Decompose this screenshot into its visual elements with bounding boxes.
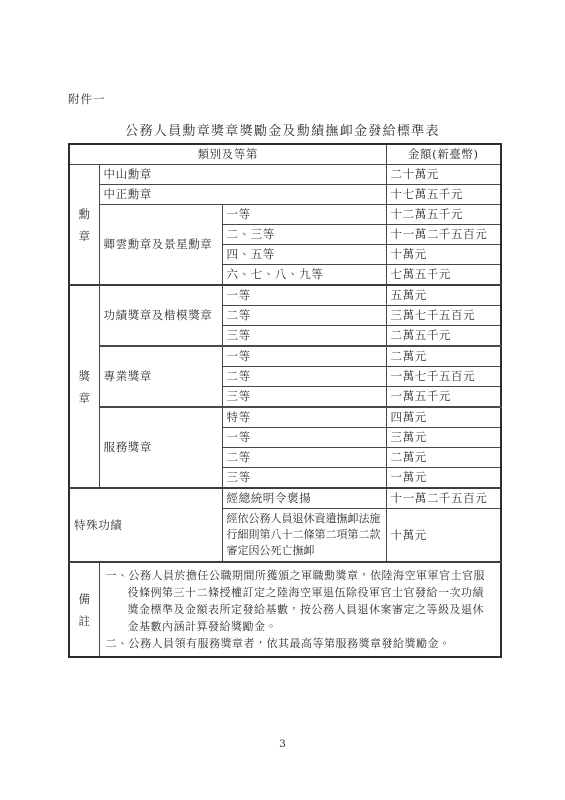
attachment-label: 附件一 [68, 91, 106, 107]
amount-cell: 十萬元 [386, 245, 501, 265]
table-row: 勳章 中山勳章 二十萬元 [69, 165, 501, 185]
notes-label: 備註 [78, 588, 91, 632]
section-label-cell: 獎章 [69, 285, 99, 488]
amount-cell: 一萬元 [386, 468, 501, 489]
grade-cell: 一等 [222, 205, 386, 225]
document-title: 公務人員勳章獎章獎勵金及勳績撫卹金發給標準表 [0, 120, 565, 139]
header-category-cell: 類別及等第 [69, 144, 386, 165]
table-row: 中正勳章 十七萬五千元 [69, 185, 501, 205]
note-item-1: 一、公務人員於擔任公職期間所獲頒之軍職勳獎章，依陸海空軍軍官士官服役條例第三十二… [106, 567, 495, 635]
amount-cell: 三萬七千五百元 [386, 306, 501, 326]
table-row: 專業獎章 一等 二萬元 [69, 346, 501, 367]
table-row: 備註 一、公務人員於擔任公職期間所獲頒之軍職勳獎章，依陸海空軍軍官士官服役條例第… [69, 562, 501, 657]
amount-cell: 一萬五千元 [386, 387, 501, 408]
grade-cell: 三等 [222, 326, 386, 347]
table-row: 卿雲勳章及景星勳章 一等 十二萬五千元 [69, 205, 501, 225]
amount-cell: 一萬七千五百元 [386, 367, 501, 387]
group-name-cell: 卿雲勳章及景星勳章 [99, 205, 222, 286]
grade-cell: 二等 [222, 448, 386, 468]
grade-cell: 四、五等 [222, 245, 386, 265]
amount-cell: 二萬五千元 [386, 326, 501, 347]
group-name-cell: 中正勳章 [99, 185, 386, 205]
amount-cell: 七萬五千元 [386, 265, 501, 286]
grade-cell: 一等 [222, 285, 386, 306]
special-merit-label-cell: 特殊功績 [69, 488, 222, 562]
grade-cell: 二等 [222, 367, 386, 387]
notes-cell: 一、公務人員於擔任公職期間所獲頒之軍職勳獎章，依陸海空軍軍官士官服役條例第三十二… [99, 562, 501, 657]
group-name-cell: 功績獎章及楷模獎章 [99, 285, 222, 346]
grade-cell: 經總統明令褒揚 [222, 488, 386, 509]
grade-cell: 二等 [222, 306, 386, 326]
amount-cell: 十一萬二千五百元 [386, 488, 501, 509]
group-name-cell: 中山勳章 [99, 165, 386, 185]
header-row: 類別及等第 金額(新臺幣) [69, 144, 501, 165]
amount-cell: 十一萬二千五百元 [386, 225, 501, 245]
grade-cell: 經依公務人員退休資遣撫卹法施行細則第八十二條第二項第二款審定因公死亡撫卹 [222, 509, 386, 563]
grade-cell: 二、三等 [222, 225, 386, 245]
amount-cell: 四萬元 [386, 407, 501, 428]
grade-cell: 三等 [222, 468, 386, 489]
group-name-cell: 專業獎章 [99, 346, 222, 407]
amount-cell: 十二萬五千元 [386, 205, 501, 225]
page-number: 3 [0, 738, 565, 750]
section-label-medal: 勳章 [78, 203, 91, 247]
grade-cell: 一等 [222, 346, 386, 367]
grade-cell: 六、七、八、九等 [222, 265, 386, 286]
table-row: 獎章 功績獎章及楷模獎章 一等 五萬元 [69, 285, 501, 306]
section-label-badge: 獎章 [78, 365, 91, 409]
amount-cell: 十萬元 [386, 509, 501, 563]
group-name-cell: 服務獎章 [99, 407, 222, 488]
table-row: 特殊功績 經總統明令褒揚 十一萬二千五百元 [69, 488, 501, 509]
notes-label-cell: 備註 [69, 562, 99, 657]
amount-cell: 二十萬元 [386, 165, 501, 185]
header-amount-cell: 金額(新臺幣) [386, 144, 501, 165]
grade-cell: 三等 [222, 387, 386, 408]
amount-cell: 二萬元 [386, 346, 501, 367]
table-row: 服務獎章 特等 四萬元 [69, 407, 501, 428]
grade-cell: 特等 [222, 407, 386, 428]
grade-cell: 一等 [222, 428, 386, 448]
amount-cell: 十七萬五千元 [386, 185, 501, 205]
section-label-cell: 勳章 [69, 165, 99, 286]
amount-cell: 五萬元 [386, 285, 501, 306]
note-item-2: 二、公務人員領有服務獎章者，依其最高等第服務獎章發給獎勵金。 [106, 635, 495, 652]
award-table: 類別及等第 金額(新臺幣) 勳章 中山勳章 二十萬元 中正勳章 十七萬五千元 卿… [68, 143, 502, 658]
document-page: 附件一 公務人員勳章獎章獎勵金及勳績撫卹金發給標準表 類別及等第 金額(新臺幣)… [0, 0, 565, 800]
amount-cell: 三萬元 [386, 428, 501, 448]
amount-cell: 二萬元 [386, 448, 501, 468]
